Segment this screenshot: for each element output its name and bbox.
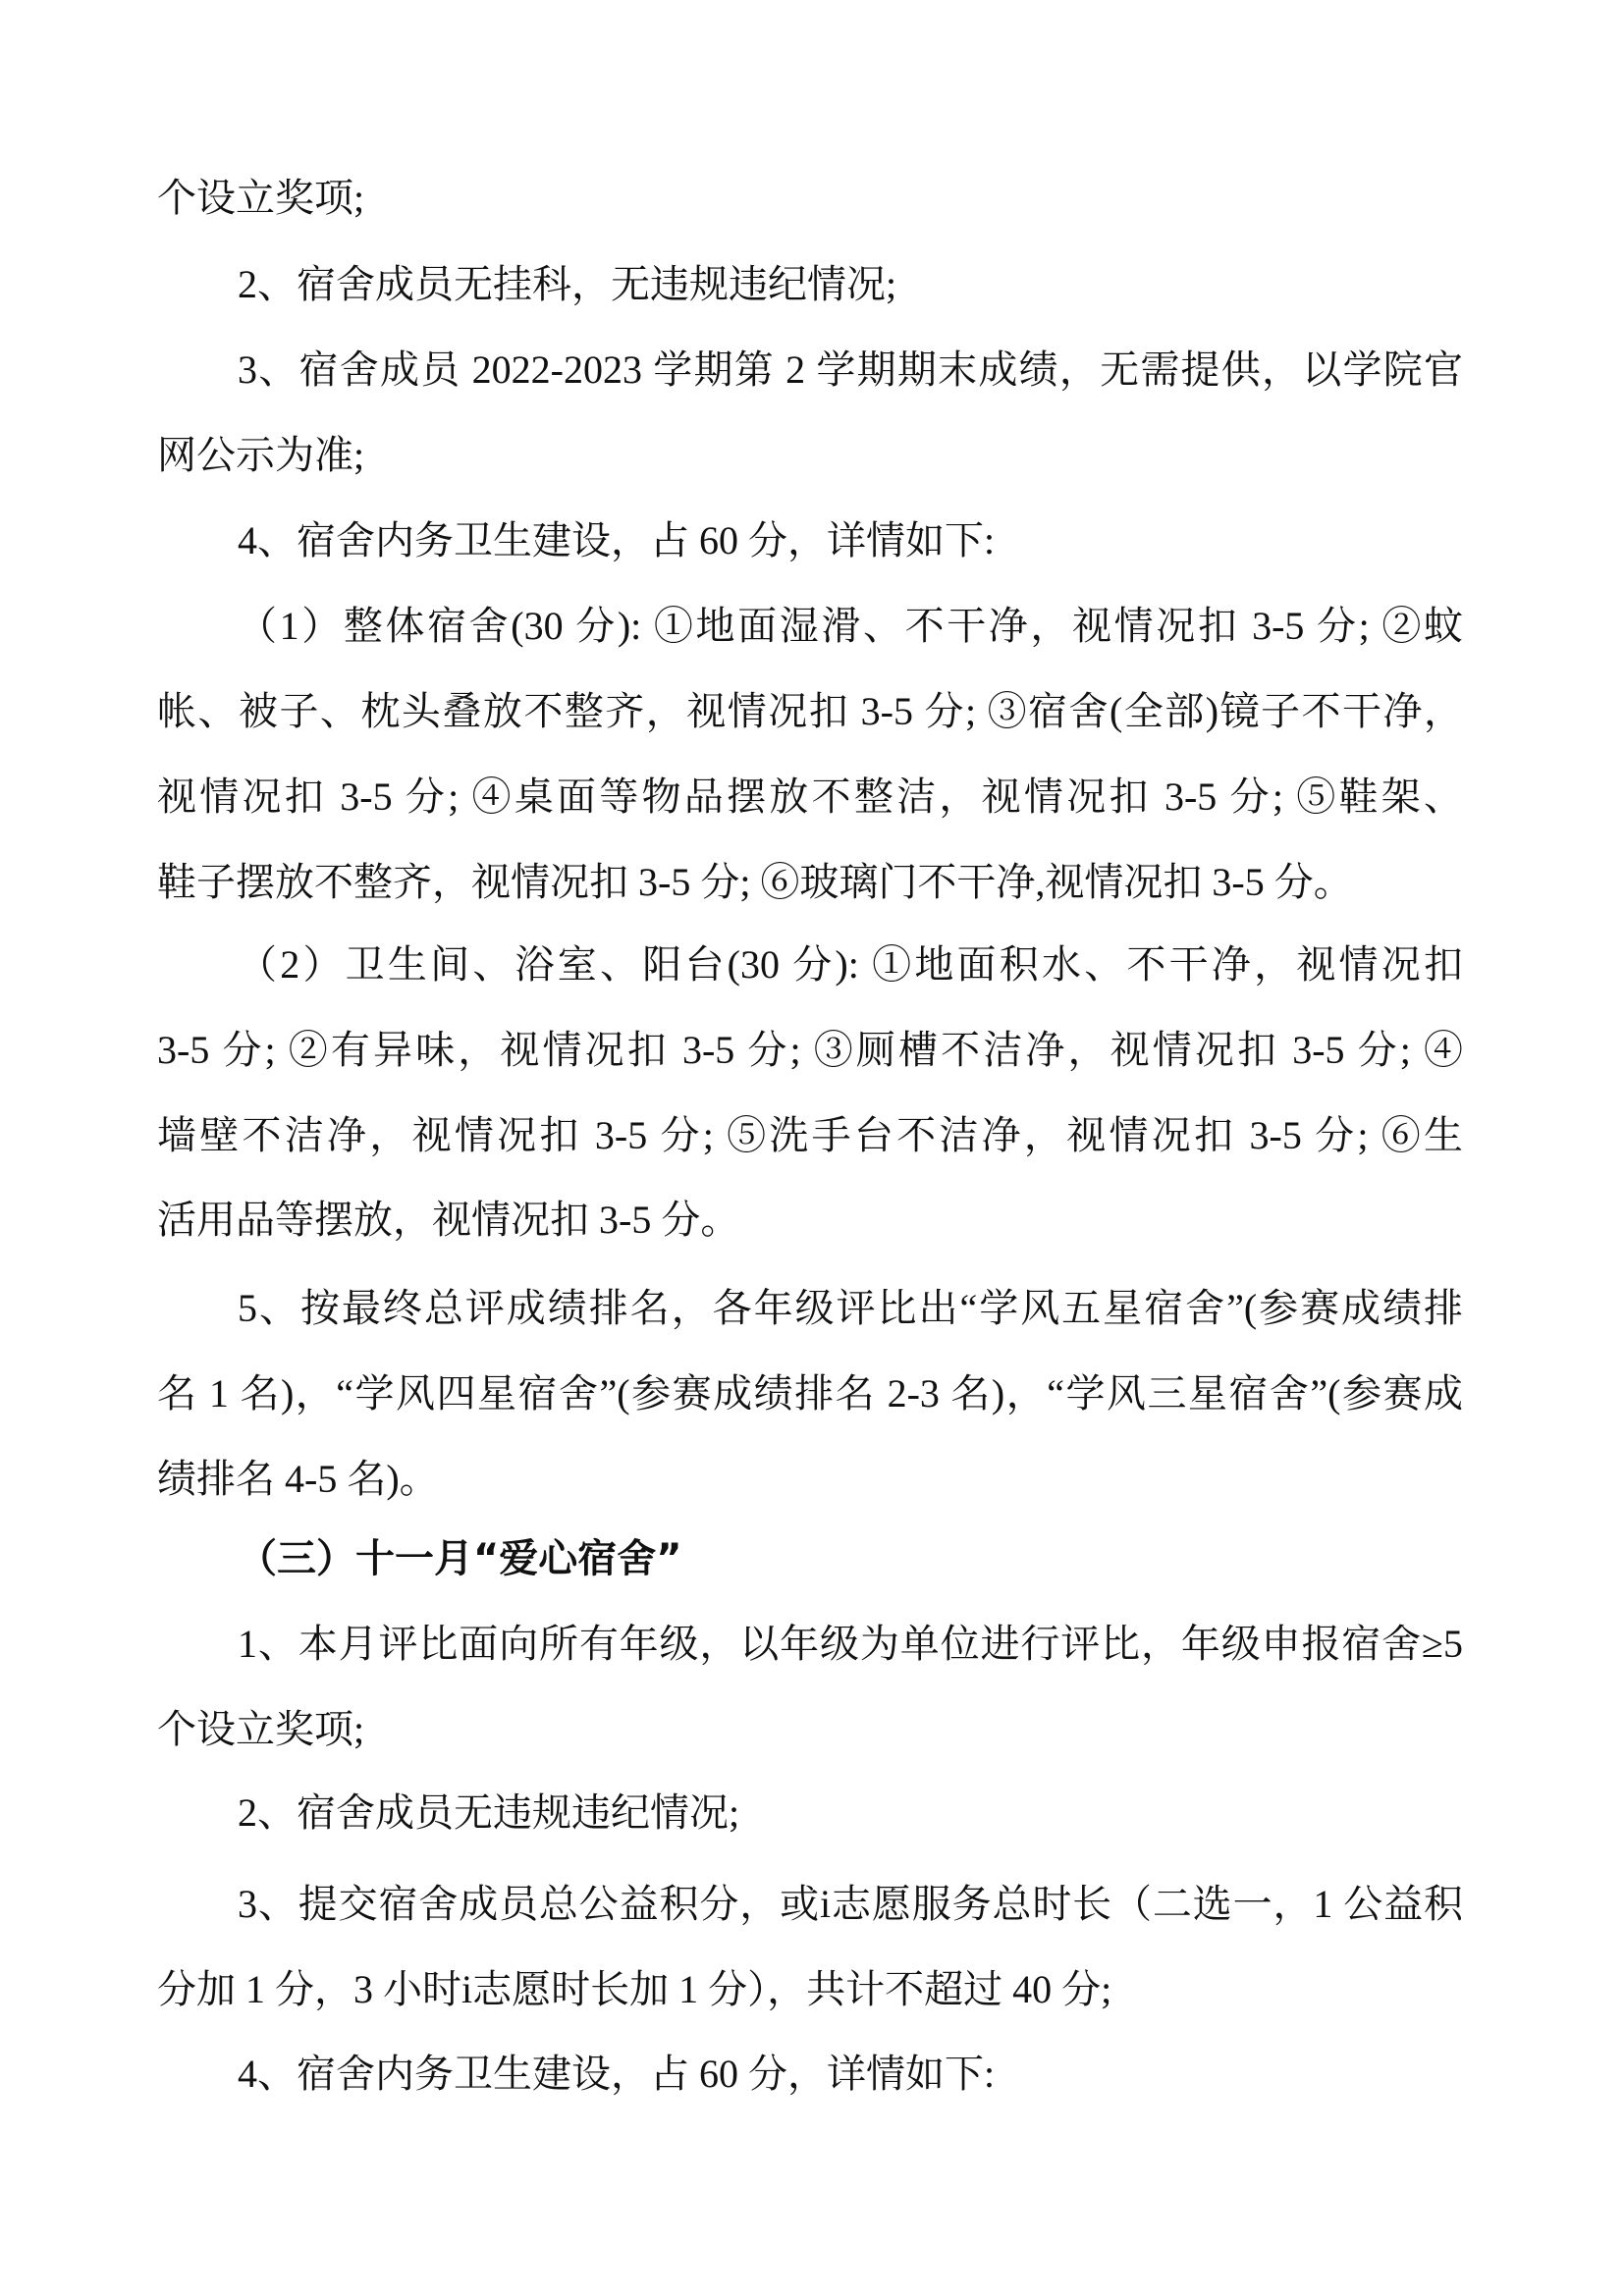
text-line-subitem-2-cont-a: 3-5 分; ②有异味，视情况扣 3-5 分; ③厕槽不洁净，视情况扣 3-5 …	[157, 1021, 1463, 1080]
text-line-item-5-ranking: 5、按最终总评成绩排名，各年级评比出“学风五星宿舍”(参赛成绩排	[238, 1279, 1463, 1338]
text-line-love-item-2-no-violations: 2、宿舍成员无违规违纪情况;	[238, 1784, 739, 1842]
text-line-item-3-final-grades: 3、宿舍成员 2022-2023 学期第 2 学期期末成绩，无需提供，以学院官	[238, 341, 1463, 400]
document-page: 个设立奖项; 2、宿舍成员无挂科，无违规违纪情况; 3、宿舍成员 2022-20…	[0, 0, 1624, 2296]
text-line-love-item-3-cont: 分加 1 分，3 小时i志愿时长加 1 分），共计不超过 40 分;	[157, 1960, 1111, 2019]
text-line-subitem-1-cont-c: 鞋子摆放不整齐，视情况扣 3-5 分; ⑥玻璃门不干净,视情况扣 3-5 分。	[157, 853, 1353, 912]
text-line-love-item-3-volunteer-points: 3、提交宿舍成员总公益积分，或i志愿服务总时长（二选一，1 公益积	[238, 1875, 1463, 1934]
text-line-love-item-1-cont: 个设立奖项;	[157, 1700, 364, 1759]
text-line-item-5-cont-a: 名 1 名)，“学风四星宿舍”(参赛成绩排名 2-3 名)，“学风三星宿舍”(参…	[157, 1364, 1463, 1423]
text-line-item-3-continuation: 网公示为准;	[157, 426, 364, 485]
text-line-subitem-1-overall-dorm: （1）整体宿舍(30 分): ①地面湿滑、不干净，视情况扣 3-5 分; ②蚊	[238, 597, 1463, 656]
text-line-item-2-no-failed-courses: 2、宿舍成员无挂科，无违规违纪情况;	[238, 255, 896, 314]
text-line-item-4-hygiene: 4、宿舍内务卫生建设，占 60 分，详情如下:	[238, 511, 995, 570]
text-line-award-setup-continuation: 个设立奖项;	[157, 169, 364, 228]
section-heading-love-dorm: （三）十一月“爱心宿舍”	[238, 1529, 682, 1588]
text-line-subitem-2-bathroom: （2）卫生间、浴室、阳台(30 分): ①地面积水、不干净，视情况扣	[238, 935, 1463, 994]
text-line-subitem-2-cont-c: 活用品等摆放，视情况扣 3-5 分。	[157, 1191, 739, 1250]
text-line-love-item-1-scope: 1、本月评比面向所有年级，以年级为单位进行评比，年级申报宿舍≥5	[238, 1615, 1463, 1674]
text-line-subitem-1-cont-b: 视情况扣 3-5 分; ④桌面等物品摆放不整洁，视情况扣 3-5 分; ⑤鞋架、	[157, 768, 1463, 827]
text-line-love-item-4-hygiene: 4、宿舍内务卫生建设，占 60 分，详情如下:	[238, 2045, 995, 2104]
text-line-subitem-2-cont-b: 墙壁不洁净，视情况扣 3-5 分; ⑤洗手台不洁净，视情况扣 3-5 分; ⑥生	[157, 1106, 1463, 1165]
text-line-item-5-cont-b: 绩排名 4-5 名)。	[157, 1450, 439, 1509]
text-line-subitem-1-cont-a: 帐、被子、枕头叠放不整齐，视情况扣 3-5 分; ③宿舍(全部)镜子不干净，	[157, 682, 1463, 741]
